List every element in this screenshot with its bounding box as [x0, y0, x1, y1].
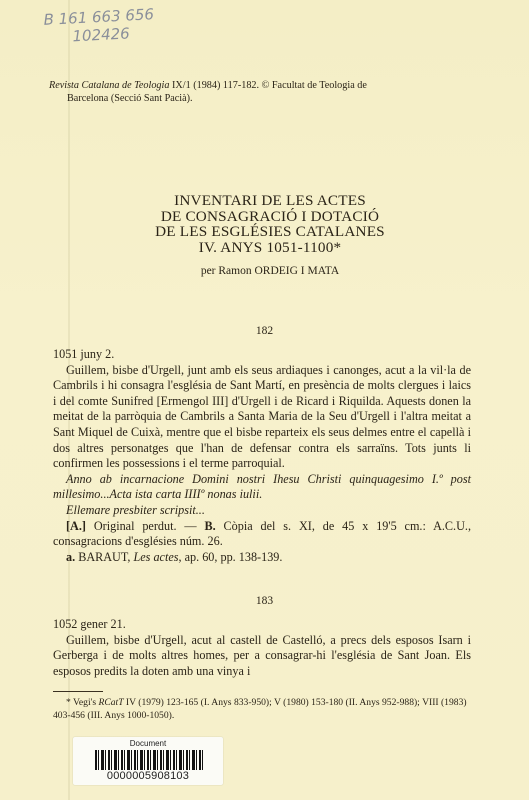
entry-183: 1052 gener 21. Guillem, bisbe d'Urgell, …: [53, 617, 471, 679]
entry-summary: Guillem, bisbe d'Urgell, junt amb els se…: [53, 363, 471, 472]
entry-date: 1052 gener 21.: [53, 617, 471, 633]
handwritten-catalog-note: B 161 663 656 102426: [43, 5, 155, 47]
title-line: IV. ANYS 1051-1100*: [130, 240, 410, 256]
footnote-journal-abbr: RCatT: [98, 697, 123, 708]
source-b-label: B.: [204, 519, 215, 533]
title-line: DE LES ESGLÉSIES CATALANES: [130, 224, 410, 240]
journal-citation: Revista Catalana de Teologia IX/1 (1984)…: [49, 79, 459, 105]
entry-latin-protocol: Anno ab incarnacione Domini nostri Ihesu…: [53, 472, 471, 503]
footnote-marker: *: [53, 697, 71, 708]
barcode-caption: Document: [73, 739, 223, 748]
edition-title: Les actes: [133, 550, 178, 564]
citation-details: IX/1 (1984) 117-182. © Facultat de Teolo…: [169, 80, 366, 91]
entry-date: 1051 juny 2.: [53, 347, 471, 363]
edition-label: a.: [66, 550, 75, 564]
entry-182: 1051 juny 2. Guillem, bisbe d'Urgell, ju…: [53, 347, 471, 565]
barcode-icon: [95, 750, 205, 770]
title-line: INVENTARI DE LES ACTES: [130, 193, 410, 209]
entry-latin-scribe: Ellemare presbiter scripsit...: [53, 503, 471, 519]
citation-line-2: Barcelona (Secció Sant Pacià).: [49, 92, 459, 105]
entry-summary: Guillem, bisbe d'Urgell, acut al castell…: [53, 633, 471, 680]
scanned-page: B 161 663 656 102426 Revista Catalana de…: [0, 0, 529, 800]
footnote: * Vegi's RCatT IV (1979) 123-165 (I. Any…: [53, 697, 473, 722]
footnote-pre: Vegi's: [71, 697, 99, 708]
article-title: INVENTARI DE LES ACTES DE CONSAGRACIÓ I …: [130, 193, 410, 255]
source-a-label: [A.]: [66, 519, 86, 533]
journal-name: Revista Catalana de Teologia: [49, 80, 169, 91]
edition-reference: , ap. 60, pp. 138-139.: [179, 550, 283, 564]
title-line: DE CONSAGRACIÓ I DOTACIÓ: [130, 209, 410, 225]
footnote-divider: [53, 691, 103, 692]
entry-number-182: 182: [0, 325, 529, 337]
entry-edition: a. BARAUT, Les actes, ap. 60, pp. 138-13…: [53, 550, 471, 566]
edition-author: BARAUT,: [75, 550, 133, 564]
author-line: per Ramon ORDEIG I MATA: [130, 265, 410, 277]
barcode-sticker: Document 0000005908103: [73, 737, 223, 785]
source-a-text: Original perdut. —: [86, 519, 205, 533]
entry-number-183: 183: [0, 595, 529, 607]
entry-sources: [A.] Original perdut. — B. Còpia del s. …: [53, 519, 471, 550]
barcode-number: 0000005908103: [73, 770, 223, 782]
